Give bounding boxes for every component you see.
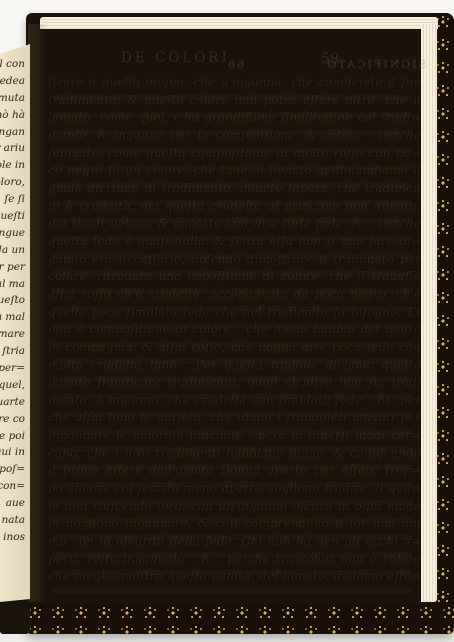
body-text-line: che meglio moſtra queſta uanità, del lio…	[48, 568, 421, 586]
gilt-border-bottom	[26, 604, 454, 634]
left-page-fragment-line: uarte	[0, 394, 28, 411]
gutter-shadow	[28, 24, 48, 602]
gilt-border-right	[434, 13, 454, 634]
left-page-sliver: il conuedeae mutanò hàinganer ariuuole i…	[0, 44, 30, 602]
body-text-line: queſta fede è quaſi nulla, & ſenza eſſa …	[48, 233, 421, 251]
body-text-line: mento, ò inganno, che crudeltà con ſimul…	[48, 392, 421, 410]
body-text-line: ſappiate, come queſta compoſitione di mo…	[48, 145, 421, 163]
left-page-fragment-line: er ariu	[0, 140, 28, 157]
left-page-fragment-line: ;per=	[0, 360, 28, 377]
body-text: ſtrare à quello iniquo, che u'inganna, c…	[48, 74, 421, 586]
left-page-fragment-line: inos	[0, 529, 28, 546]
body-text-line: to è crudeltà, ma queſta crudeltà al pri…	[48, 198, 421, 216]
body-text-line: molta crudeltà tané . Per queſta ragione…	[48, 357, 421, 375]
body-text-line: in compagnia, & aſſai roſſo, che uoglia …	[48, 339, 421, 357]
left-page-fragment-line: quel,	[0, 377, 28, 394]
left-page-fragment-line: ſe ſi	[0, 191, 28, 208]
body-text-line: quale aſcriueſi al tradimento; douete ſa…	[48, 180, 421, 198]
left-page-fragment-line: a ſtria	[0, 343, 28, 360]
left-page-fragment-line: con=	[0, 478, 28, 495]
main-page: SIGNIFICATO 66 DE COLORI. 59 ſtrare à qu…	[30, 24, 428, 602]
left-page-fragment-line: uedea	[0, 73, 28, 90]
left-page-fragment-line: poſ=	[0, 461, 28, 478]
body-text-line: ma tienſi uelata, & coperta con una fint…	[48, 215, 421, 233]
left-page-fragment-line: queſti	[0, 208, 28, 225]
body-text-line: tradimento; & queſto colore non potrà eſ…	[48, 92, 421, 110]
body-text-line: ganno era neceſſario, uolendo dimoſtrare…	[48, 251, 421, 269]
body-text-line: colore, ritrouare una cõpoſitione di col…	[48, 268, 421, 286]
body-text-line: lionato, come quel, c'hà grandißima ſimi…	[48, 109, 421, 127]
body-text-line: che aſſai ſono le uarietà, che uſano i f…	[48, 409, 421, 427]
body-text-line: ingannare le amoroſe fanciulle : però in…	[48, 427, 421, 445]
body-text-line: cano, che i loro tradimenti habbiano luo…	[48, 445, 421, 463]
body-text-line: il primo eſſere dall'amata Donna aperto …	[48, 462, 421, 480]
left-page-fragment-line: rnare	[0, 326, 28, 343]
left-page-fragment-line: queſto	[0, 292, 28, 309]
left-page-fragment-line: oloro,	[0, 174, 28, 191]
left-page-fragment-line: tre co	[0, 411, 28, 428]
body-text-line: aſſai roſſo ch'è crudeltà, accõpagnata d…	[48, 286, 421, 304]
left-page-fragment-line: re poi	[0, 428, 28, 445]
left-page-fragment-line: e muta	[0, 90, 28, 107]
body-text-line: la uogliono ingannare, & coſi comprendon…	[48, 515, 421, 533]
left-page-fragment-line: ir per	[0, 259, 28, 276]
running-header: DE COLORI. 59	[30, 50, 428, 70]
left-page-fragment-line: uole in	[0, 157, 28, 174]
page-number: 59	[321, 51, 339, 67]
page-title: DE COLORI.	[121, 50, 237, 66]
left-page-fragment-line: il con	[0, 56, 28, 73]
body-text-line: po chiaro, col ſecõdo meno aperto uoglio…	[48, 480, 421, 498]
left-page-fragment-line: ingan	[0, 124, 28, 141]
body-text-line: ſtrare à quello iniquo, che u'inganna, c…	[48, 74, 421, 92]
body-text-line: perti, reſta ingannato : & , perche tra …	[48, 551, 421, 569]
body-text-line: mo con la oſcurità della fede. Chi non h…	[48, 533, 421, 551]
body-text-line: quella poca ſimulata fede che nel tradim…	[48, 304, 421, 322]
body-text-line: mento, & inganno per la compoſitione, & …	[48, 127, 421, 145]
body-text-line: lionato ſignificare tradimento, quaſi ch…	[48, 374, 421, 392]
left-page-fragment-line: ſangue	[0, 225, 28, 242]
left-page-fragment-line: à mal	[0, 309, 28, 326]
left-page-fragment-line: nata	[0, 512, 28, 529]
left-page-fragments: il conuedeae mutanò hàinganer ariuuole i…	[0, 56, 28, 546]
body-text-line: le non riuſcendo loro, con un'inganno oſ…	[48, 498, 421, 516]
left-page-fragment-line: da un	[0, 242, 28, 259]
photo-background: SIGNIFICATO 66 DE COLORI. 59 ſtrare à qu…	[0, 0, 454, 642]
left-page-fragment-line: aue	[0, 495, 28, 512]
left-page-fragment-line: aui in	[0, 444, 28, 461]
body-text-line: co negro fa un colore, che tané, ò liona…	[48, 162, 421, 180]
left-page-fragment-line: al ma	[0, 276, 28, 293]
body-text-line: non è compoſitione di colore , che meno …	[48, 321, 421, 339]
left-page-fragment-line: nò hà	[0, 107, 28, 124]
